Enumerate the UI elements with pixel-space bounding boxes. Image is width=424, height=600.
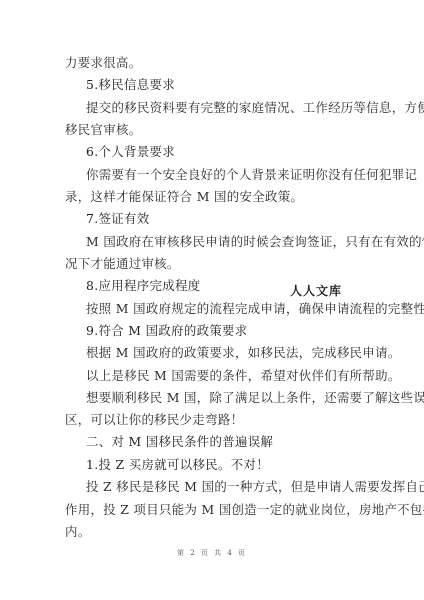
text-line: 以上是移民 M 国需要的条件，希望对伙伴们有所帮助。 [86, 368, 368, 384]
text-line: 作用，投 Z 项目只能为 M 国创造一定的就业岗位，房地产不包括在 [65, 502, 365, 518]
text-line: 内。 [65, 524, 365, 540]
page-number-footer: 第 2 页 共 4 页 [0, 548, 424, 558]
text-line: 根据 M 国政府的政策要求，如移民法，完成移民申请。 [86, 345, 368, 361]
text-line: 区，可以让你的移民少走弯路！ [65, 412, 365, 428]
section-heading: 7.签证有效 [86, 211, 368, 227]
section-heading: 1.投 Z 买房就可以移民。不对！ [86, 457, 368, 473]
text-line: 投 Z 移民是移民 M 国的一种方式，但是申请人需要发挥自己的 [86, 479, 368, 495]
text-line: 移民官审核。 [65, 122, 365, 138]
section-heading: 5.移民信息要求 [86, 77, 368, 93]
text-line: 想要顺利移民 M 国，除了满足以上条件，还需要了解这些误 [86, 390, 368, 406]
text-line: 按照 M 国政府规定的流程完成申请，确保申请流程的完整性。 [86, 301, 368, 317]
text-line: 录，这样才能保证符合 M 国的安全政策。 [65, 189, 365, 205]
document-page: 力要求很高。 5.移民信息要求 提交的移民资料要有完整的家庭情况、工作经历等信息… [0, 0, 424, 600]
text-line: 况下才能通过审核。 [65, 256, 365, 272]
text-line: M 国政府在审核移民申请的时候会查询签证，只有在有效的情 [86, 234, 368, 250]
text-line: 你需要有一个安全良好的个人背景来证明你没有任何犯罪记 [86, 167, 368, 183]
watermark: 人人文库 [290, 284, 342, 298]
section-heading: 6.个人背景要求 [86, 144, 368, 160]
section-heading: 9.符合 M 国政府的政策要求 [86, 323, 368, 339]
text-line: 提交的移民资料要有完整的家庭情况、工作经历等信息，方便 [86, 100, 368, 116]
section-heading: 二、对 M 国移民条件的普遍误解 [86, 434, 368, 450]
text-line: 力要求很高。 [65, 55, 365, 71]
